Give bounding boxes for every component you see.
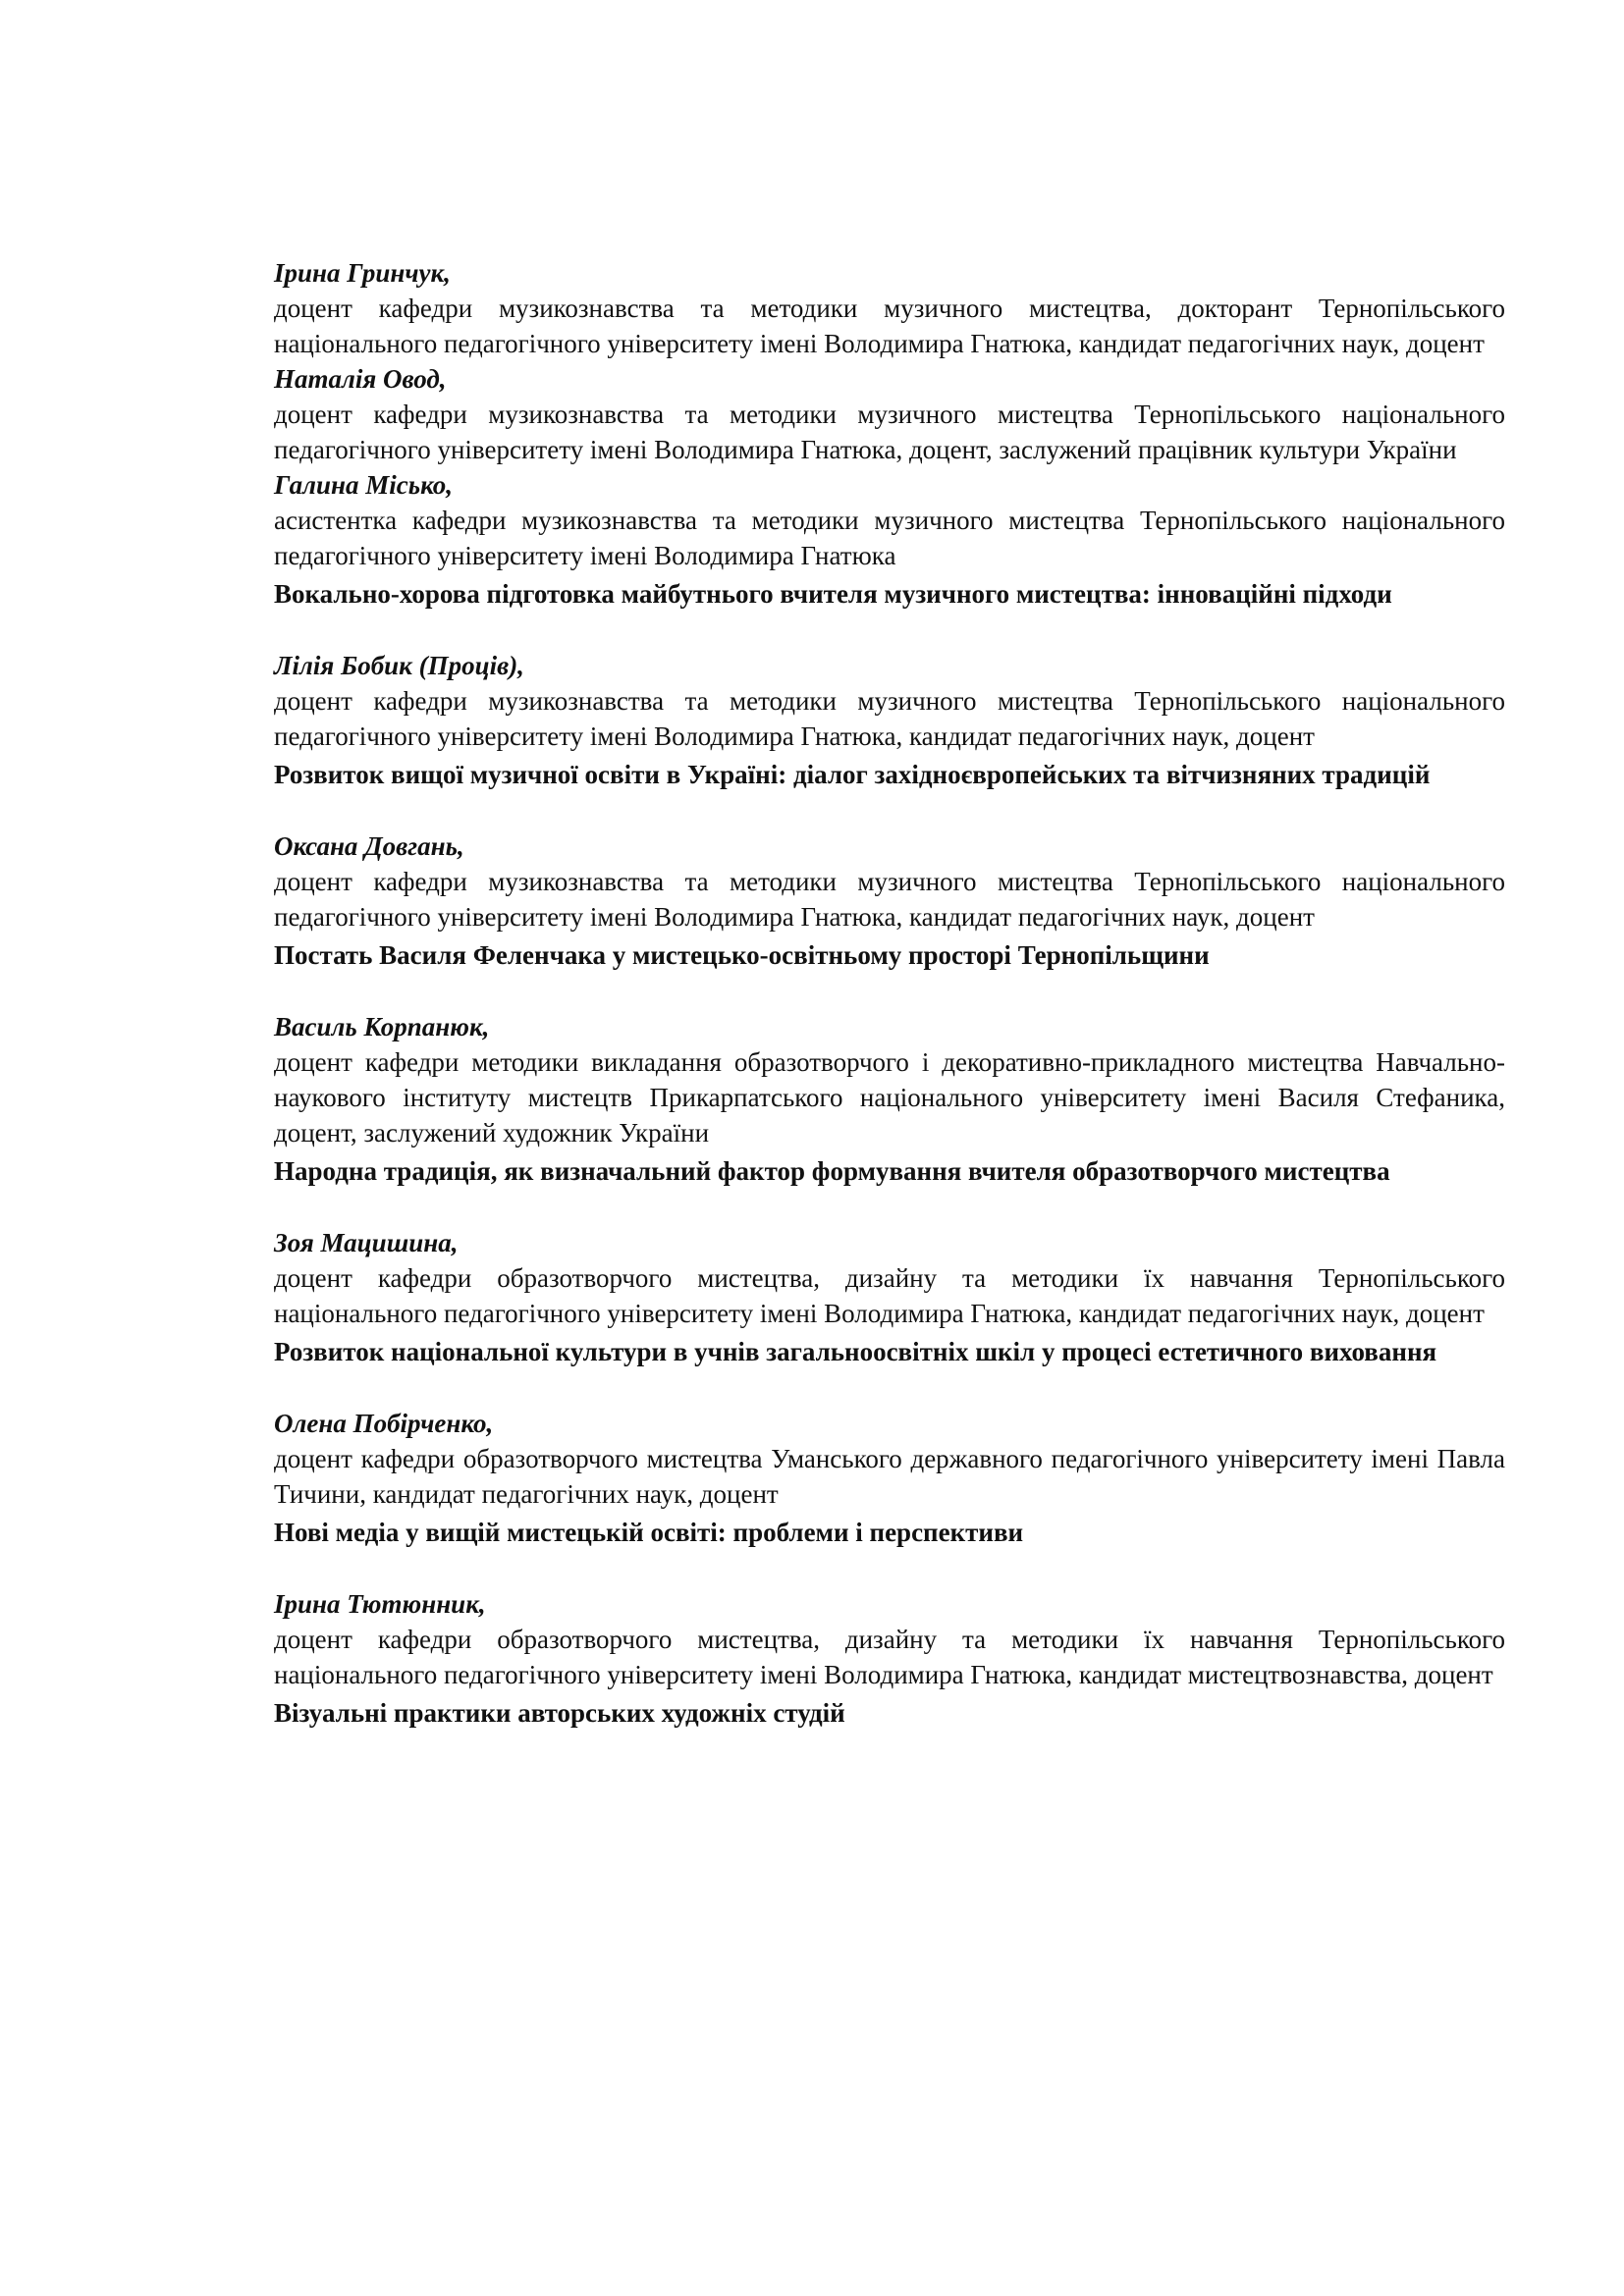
author-affiliation: доцент кафедри музикознавства та методик…	[274, 864, 1505, 934]
presentation-title: Народна традиція, як визначальний фактор…	[274, 1152, 1505, 1190]
author-name: Василь Корпанюк,	[274, 1009, 1505, 1044]
author-name: Зоя Мацишина,	[274, 1225, 1505, 1260]
presentation-title: Розвиток вищої музичної освіти в Україні…	[274, 756, 1505, 793]
presentation-entry: Ірина Гринчук, доцент кафедри музикознав…	[274, 255, 1505, 613]
author-affiliation: доцент кафедри музикознавства та методик…	[274, 397, 1505, 467]
presentation-title: Розвиток національної культури в учнів з…	[274, 1333, 1505, 1370]
presentation-entry: Оксана Довгань, доцент кафедри музикозна…	[274, 828, 1505, 974]
author-affiliation: асистентка кафедри музикознавства та мет…	[274, 503, 1505, 573]
author-name: Галина Місько,	[274, 467, 1505, 503]
presentation-entry: Олена Побірченко, доцент кафедри образот…	[274, 1406, 1505, 1551]
presentation-entry: Зоя Мацишина, доцент кафедри образотворч…	[274, 1225, 1505, 1370]
author-name: Олена Побірченко,	[274, 1406, 1505, 1441]
presentation-title: Вокально-хорова підготовка майбутнього в…	[274, 575, 1505, 613]
author-affiliation: доцент кафедри методики викладання образ…	[274, 1044, 1505, 1150]
presentation-title: Візуальні практики авторських художніх с…	[274, 1694, 1505, 1732]
author-affiliation: доцент кафедри образотворчого мистецтва …	[274, 1441, 1505, 1512]
author-affiliation: доцент кафедри образотворчого мистецтва,…	[274, 1622, 1505, 1692]
author-name: Оксана Довгань,	[274, 828, 1505, 864]
author-name: Наталія Овод,	[274, 361, 1505, 397]
presentation-title: Постать Василя Феленчака у мистецько-осв…	[274, 936, 1505, 974]
presentation-title: Нові медіа у вищій мистецькій освіті: пр…	[274, 1514, 1505, 1551]
presentation-entry: Василь Корпанюк, доцент кафедри методики…	[274, 1009, 1505, 1190]
author-affiliation: доцент кафедри образотворчого мистецтва,…	[274, 1260, 1505, 1331]
author-name: Ірина Тютюнник,	[274, 1586, 1505, 1622]
presentation-entry: Лілія Бобик (Проців), доцент кафедри муз…	[274, 648, 1505, 793]
author-name: Ірина Гринчук,	[274, 255, 1505, 291]
presentation-entry: Ірина Тютюнник, доцент кафедри образотво…	[274, 1586, 1505, 1732]
author-name: Лілія Бобик (Проців),	[274, 648, 1505, 683]
author-affiliation: доцент кафедри музикознавства та методик…	[274, 291, 1505, 361]
author-affiliation: доцент кафедри музикознавства та методик…	[274, 683, 1505, 754]
document-page: Ірина Гринчук, доцент кафедри музикознав…	[274, 255, 1505, 1732]
